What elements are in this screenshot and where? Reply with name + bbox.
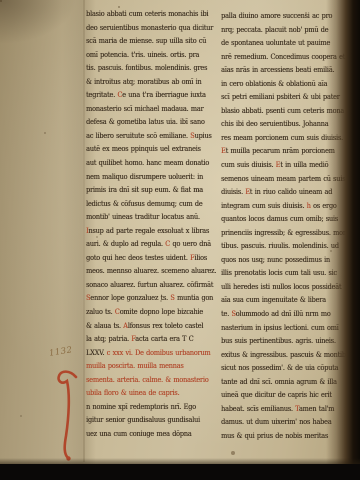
manuscript-line: scā maria de miense. sup uilla sito cū bbox=[86, 34, 192, 48]
manuscript-line: quantos locos damus cum omib; suis bbox=[221, 212, 328, 226]
manuscript-line: goto qui hec deos testes uident. Filios bbox=[86, 251, 192, 265]
left-margin-shading bbox=[0, 0, 100, 480]
manuscript-line: aīas nrās in arcessiens beati emiliā. bbox=[221, 63, 328, 77]
manuscript-line: muilla poscirta. muilla mennas bbox=[86, 359, 192, 373]
manuscript-line: deo seruientibus monasterio qua dicitur bbox=[86, 21, 192, 35]
manuscript-line: primis ira dnī sit sup eum. & fiat ma bbox=[86, 183, 192, 197]
ink-text-run: & introitus atq; moratibus ab omī in bbox=[86, 77, 201, 86]
manuscript-line: te. Solummodo ad dnī illū nrm mo bbox=[221, 307, 328, 321]
ink-text-run: la atq; patria. bbox=[86, 334, 131, 343]
ink-text-run: nasterium in ipsius lectioni. cum omī bbox=[221, 323, 338, 332]
manuscript-line: bus suis pertinentibus. agris. uineis. bbox=[221, 334, 328, 348]
manuscript-line: defesa & gometiba latus uia. ibī sano bbox=[86, 115, 192, 129]
ink-text-run: res meam porcionem cum suis diuisis. bbox=[221, 133, 343, 142]
ink-text-run: omite dopno lope bizcahie bbox=[120, 307, 203, 316]
manuscript-line: nrq; peccata. placuit nob' pmū de bbox=[221, 23, 328, 37]
manuscript-line: aīa sua cum ingenuitate & libera bbox=[221, 293, 328, 307]
ink-text-run: ilios bbox=[194, 253, 207, 262]
ink-text-run: damus. ut dum uixerim' nos habea bbox=[221, 417, 331, 426]
manuscript-line: sementa. arteria. calme. & monasterio bbox=[86, 373, 192, 387]
ink-text-run: e una t'ra iberriague iuxta bbox=[122, 90, 206, 99]
ink-text-run: nem maliquo disrumpere uoluerit: in bbox=[86, 172, 203, 181]
ink-text-run: uineā que dicitur de capris hic erit bbox=[221, 390, 332, 399]
manuscript-line: ledictus & cōfusus demumq; cum de bbox=[86, 197, 192, 211]
manuscript-line: nasterium in ipsius lectioni. cum omī bbox=[221, 321, 328, 335]
ink-text-run: t in riuo calido uineam ad bbox=[250, 187, 332, 196]
manuscript-line: tegritate. Ce una t'ra iberriague iuxta bbox=[86, 88, 192, 102]
manuscript-line: habeat. scīs emilianus. Tamen tal'm bbox=[221, 402, 328, 416]
manuscript-line: Et muilla pecarum nrām porcionem bbox=[221, 144, 328, 158]
ink-text-run: habeat. scīs emilianus. bbox=[221, 404, 295, 413]
book-gutter-shadow bbox=[326, 0, 360, 480]
ink-text-run: acta carta era T C bbox=[135, 334, 193, 343]
manuscript-line: meos. mennso aluarez. scemeno aluarez. bbox=[86, 264, 192, 278]
ink-text-run: n nomine xpī redemptoris nrī. Ego bbox=[86, 402, 196, 411]
ink-text-run: zaluo ts. bbox=[86, 307, 115, 316]
ink-text-run: cum suis diuisis. bbox=[221, 160, 276, 169]
manuscript-line: mus & qui prius de nobis meritas bbox=[221, 429, 328, 443]
ink-text-run: te. bbox=[221, 309, 231, 318]
ink-text-run: ennor lope gonzaluez ts. bbox=[90, 293, 170, 302]
manuscript-line: prinenciis ingressib; & egressibus. mon bbox=[221, 226, 328, 240]
manuscript-line: exitus & ingressibus. pascuis & montib' bbox=[221, 348, 328, 362]
ink-text-run: ac libero seruitute scō emiliane. bbox=[86, 131, 190, 140]
rubric-text-run: muilla poscirta. muilla mennas bbox=[86, 361, 183, 370]
ink-text-run: sonaco aluarez. furtun aluarez. cōfirmāt bbox=[86, 280, 213, 289]
ink-text-run: t in uilla mediō bbox=[280, 160, 328, 169]
manuscript-line: nem maliquo disrumpere uoluerit: in bbox=[86, 170, 192, 184]
rubric-text-run: c xxx vi. De domibus urbanorum bbox=[107, 348, 211, 357]
manuscript-line: chis ibi deo seruientibus. Johanna bbox=[221, 117, 328, 131]
manuscript-line: sicut nos possedim'. & de uia cōputa bbox=[221, 361, 328, 375]
ink-text-run: nrq; peccata. placuit nob' pmū de bbox=[221, 25, 328, 34]
illuminated-initial-I-icon bbox=[54, 368, 80, 464]
photo-bottom-black-band bbox=[0, 464, 360, 480]
manuscript-line: omī potencia. t'ris. uineis. ortis. pra bbox=[86, 48, 192, 62]
ink-text-run: goto qui hec deos testes uident. bbox=[86, 253, 190, 262]
ink-text-run: tibus. pascuis. riuulis. molendinis. ud bbox=[221, 241, 339, 250]
manuscript-line: tibus. pascuis. riuulis. molendinis. ud bbox=[221, 239, 328, 253]
ink-text-run: de spontanea uoluntate ut pauime bbox=[221, 38, 330, 47]
ink-text-run: auri. & duplo ad regula. bbox=[86, 239, 165, 248]
manuscript-line: montib' uineas traditur locatus anū. bbox=[86, 210, 192, 224]
ink-text-run: integram cum suis diuisis. bbox=[221, 201, 307, 210]
manuscript-line: uez una cum coniuge mea dōpna bbox=[86, 427, 192, 441]
manuscript-line: blasio abbati cum ceteris monachis ibi bbox=[86, 7, 192, 21]
ink-text-run: illis prenotatis locis cum tali usu. sic bbox=[221, 268, 337, 277]
ink-text-run: montib' uineas traditur locatus anū. bbox=[86, 212, 200, 221]
ink-text-run: scī petri emiliani psbiteri & ubi pater bbox=[221, 92, 340, 101]
ink-text-run: tis. pascuis. fontibus. molendinis. gres bbox=[86, 63, 207, 72]
manuscript-line: semenos uineam meam partem cū suis bbox=[221, 172, 328, 186]
ink-text-run: autē ex meos ppinquis uel extraneis bbox=[86, 144, 201, 153]
ink-text-run: uez una cum coniuge mea dōpna bbox=[86, 429, 191, 438]
manuscript-line: scī petri emiliani psbiteri & ubi pater bbox=[221, 90, 328, 104]
manuscript-line: diuisis. Et in riuo calido uineam ad bbox=[221, 185, 328, 199]
rubric-text-run: sementa. arteria. calme. & monasterio bbox=[86, 375, 208, 384]
manuscript-line: ulli heredes isti nullos locos possideāt bbox=[221, 280, 328, 294]
rubric-text-run: ubila floro & uinea de capris. bbox=[86, 388, 179, 397]
ink-text-run: deo seruientibus monasterio qua dicitur bbox=[86, 23, 213, 32]
manuscript-line: zaluo ts. Comite dopno lope bizcahie bbox=[86, 305, 192, 319]
ink-text-run: ledictus & cōfusus demumq; cum de bbox=[86, 199, 202, 208]
manuscript-line: illis prenotatis locis cum tali usu. sic bbox=[221, 266, 328, 280]
ink-text-run: diuisis. bbox=[221, 187, 245, 196]
text-column-left: blasio abbati cum ceteris monachis ibide… bbox=[86, 7, 212, 441]
manuscript-line: damus. ut dum uixerim' nos habea bbox=[221, 415, 328, 429]
ink-text-run: sicut nos possedim'. & de uia cōputa bbox=[221, 363, 338, 372]
ink-text-run: mus & qui prius de nobis meritas bbox=[221, 431, 328, 440]
ink-text-run: quos nos usq; nunc possedimus in bbox=[221, 255, 330, 264]
manuscript-line: igitur senior gundisaluus gundisalui bbox=[86, 413, 192, 427]
ink-text-run: t muilla pecarum nrām porcionem bbox=[226, 146, 335, 155]
manuscript-line: nrē remedium. Concedimus coopera et bbox=[221, 50, 328, 64]
ink-text-run: aīa sua cum ingenuitate & libera bbox=[221, 295, 326, 304]
ink-text-run: chis ibi deo seruientibus. Johanna bbox=[221, 119, 328, 128]
manuscript-line: autē ex meos ppinquis uel extraneis bbox=[86, 142, 192, 156]
manuscript-line: aut quilibet homo. hanc meam donatio bbox=[86, 156, 192, 170]
manuscript-line: tis. pascuis. fontibus. molendinis. gres bbox=[86, 61, 192, 75]
page-crease-line bbox=[83, 0, 85, 462]
manuscript-line: LXXV. c xxx vi. De domibus urbanorum bbox=[86, 346, 192, 360]
ink-text-run: lfonsus rex toleto castel bbox=[128, 321, 203, 330]
ink-text-run: in cero oblationis & oblationū aīa bbox=[221, 79, 327, 88]
ink-text-run: qo uero dnā bbox=[170, 239, 211, 248]
manuscript-line: Sennor lope gonzaluez ts. S muntia gon bbox=[86, 291, 192, 305]
ink-text-run: & alaua ts. bbox=[86, 321, 123, 330]
manuscript-line: monasterio scī michael madaua. mar bbox=[86, 102, 192, 116]
manuscript-line: in cero oblationis & oblationū aīa bbox=[221, 77, 328, 91]
ink-text-run: ulli heredes isti nullos locos possideāt bbox=[221, 282, 341, 291]
ink-text-run: defesa & gometiba latus uia. ibī sano bbox=[86, 117, 205, 126]
ink-text-run: LXXV. bbox=[86, 348, 107, 357]
ink-text-run: bus suis pertinentibus. agris. uineis. bbox=[221, 336, 336, 345]
manuscript-line: & alaua ts. Alfonsus rex toleto castel bbox=[86, 319, 192, 333]
manuscript-line: palla diuino amore succensi ac pro bbox=[221, 9, 328, 23]
ink-text-run: aīas nrās in arcessiens beati emiliā. bbox=[221, 65, 334, 74]
manuscript-line: cum suis diuisis. Et in uilla mediō bbox=[221, 158, 328, 172]
manuscript-line: ac libero seruitute scō emiliane. Supius bbox=[86, 129, 192, 143]
manuscript-line: & introitus atq; moratibus ab omī in bbox=[86, 75, 192, 89]
ink-text-run: monasterio scī michael madaua. mar bbox=[86, 104, 203, 113]
ink-text-run: blasio abbati cum ceteris monachis ibi bbox=[86, 9, 208, 18]
manuscript-line: la atq; patria. Facta carta era T C bbox=[86, 332, 192, 346]
ink-text-run: tante ad dnī scī. omnia agrum & illa bbox=[221, 377, 337, 386]
manuscript-line: n nomine xpī redemptoris nrī. Ego bbox=[86, 400, 192, 414]
ink-text-run: primis ira dnī sit sup eum. & fiat ma bbox=[86, 185, 203, 194]
manuscript-line: quos nos usq; nunc possedimus in bbox=[221, 253, 328, 267]
manuscript-line: ubila floro & uinea de capris. bbox=[86, 386, 192, 400]
manuscript-line: uineā que dicitur de capris hic erit bbox=[221, 388, 328, 402]
ink-text-run: palla diuino amore succensi ac pro bbox=[221, 11, 332, 20]
manuscript-line: tante ad dnī scī. omnia agrum & illa bbox=[221, 375, 328, 389]
ink-text-run: muntia gon bbox=[175, 293, 213, 302]
manuscript-line: Insup ad parte regale exsoluat x libras bbox=[86, 224, 192, 238]
ink-text-run: quantos locos damus cum omib; suis bbox=[221, 214, 338, 223]
parchment-specks bbox=[0, 0, 2, 2]
ink-text-run: nsup ad parte regale exsoluat x libras bbox=[88, 226, 209, 235]
manuscript-line: res meam porcionem cum suis diuisis. bbox=[221, 131, 328, 145]
manuscript-line: blasio abbati. psenti cum ceteris mona bbox=[221, 104, 328, 118]
ink-text-run: meos. mennso aluarez. scemeno aluarez. bbox=[86, 266, 216, 275]
manuscript-line: auri. & duplo ad regula. C qo uero dnā bbox=[86, 237, 192, 251]
ink-text-run: upius bbox=[194, 131, 211, 140]
manuscript-line: sonaco aluarez. furtun aluarez. cōfirmāt bbox=[86, 278, 192, 292]
ink-text-run: omī potencia. t'ris. uineis. ortis. pra bbox=[86, 50, 199, 59]
ink-text-run: scā maria de miense. sup uilla sito cū bbox=[86, 36, 206, 45]
manuscript-page-photo: blasio abbati cum ceteris monachis ibide… bbox=[0, 0, 360, 480]
ink-text-run: igitur senior gundisaluus gundisalui bbox=[86, 415, 200, 424]
ink-text-run: tegritate. bbox=[86, 90, 117, 99]
manuscript-line: integram cum suis diuisis. h os ergo bbox=[221, 199, 328, 213]
ink-text-run: aut quilibet homo. hanc meam donatio bbox=[86, 158, 209, 167]
manuscript-line: de spontanea uoluntate ut pauime bbox=[221, 36, 328, 50]
ink-text-run: olummodo ad dnī illū nrm mo bbox=[236, 309, 331, 318]
